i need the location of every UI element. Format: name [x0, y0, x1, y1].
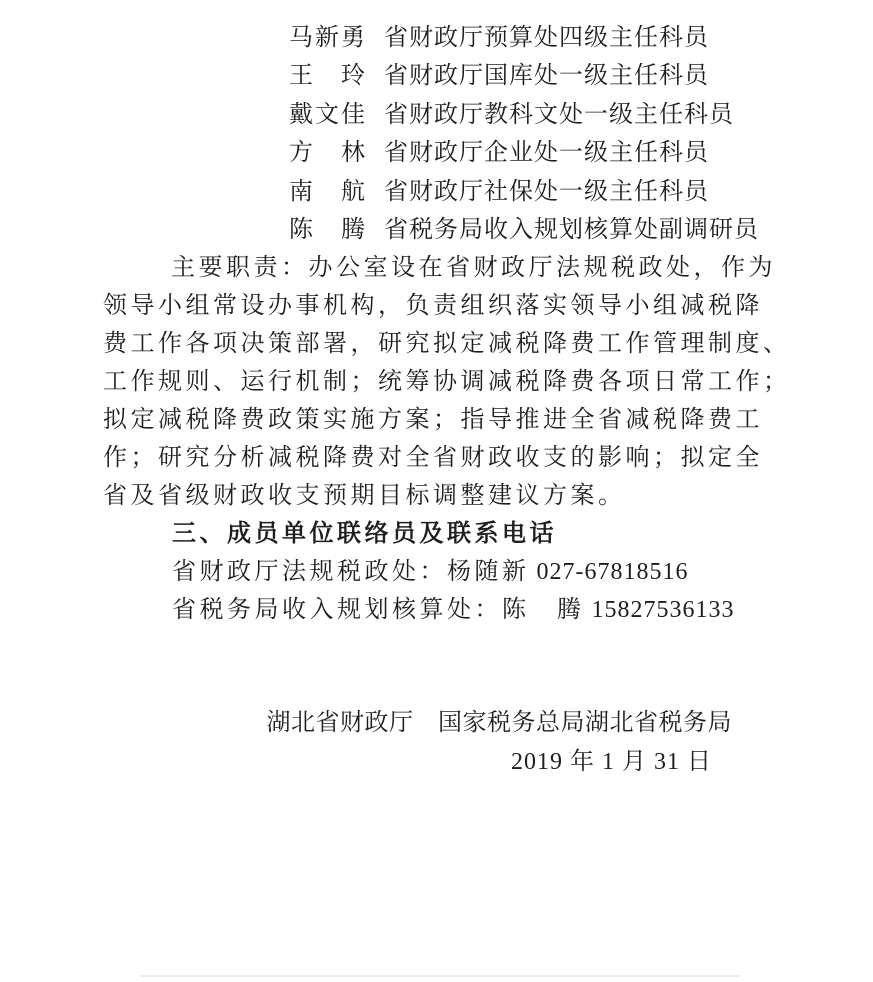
duties-line: 省及省级财政收支预期目标调整建议方案。 [103, 477, 793, 515]
contact-phone: 027-67818516 [537, 559, 689, 585]
roster-row: 戴文佳省财政厅教科文处一级主任科员 [289, 96, 759, 134]
roster-row: 陈 腾省税务局收入规划核算处副调研员 [289, 211, 759, 249]
roster-row: 方 林省财政厅企业处一级主任科员 [289, 134, 759, 172]
member-name: 方 林 [289, 134, 384, 172]
duties-line: 作；研究分析减税降费对全省财政收支的影响；拟定全 [103, 439, 793, 477]
member-title: 省财政厅预算处四级主任科员 [384, 25, 709, 51]
duties-line: 工作规则、运行机制；统筹协调减税降费各项日常工作； [103, 363, 793, 401]
section-heading-contacts: 三、成员单位联络员及联系电话 [172, 515, 735, 553]
duties-line: 主要职责：办公室设在省财政厅法规税政处，作为 [103, 249, 793, 287]
duties-line: 费工作各项决策部署，研究拟定减税降费工作管理制度、 [103, 325, 793, 363]
duties-line: 拟定减税降费政策实施方案；指导推进全省减税降费工 [103, 401, 793, 439]
contact-label: 省税务局收入规划核算处：陈 腾 [172, 597, 585, 623]
member-name: 王 玲 [289, 57, 384, 95]
member-name: 戴文佳 [289, 96, 384, 134]
roster-row: 马新勇省财政厅预算处四级主任科员 [289, 19, 759, 57]
contact-row: 省税务局收入规划核算处：陈 腾15827536133 [172, 591, 735, 629]
contact-phone: 15827536133 [592, 597, 735, 623]
duties-line: 领导小组常设办事机构，负责组织落实领导小组减税降 [103, 287, 793, 325]
main-duties-paragraph: 主要职责：办公室设在省财政厅法规税政处，作为 领导小组常设办事机构，负责组织落实… [103, 249, 793, 515]
member-name: 南 航 [289, 173, 384, 211]
document-page: 马新勇省财政厅预算处四级主任科员 王 玲省财政厅国库处一级主任科员 戴文佳省财政… [0, 0, 873, 982]
page-scan-artifact [140, 975, 740, 977]
leading-group-office-roster: 马新勇省财政厅预算处四级主任科员 王 玲省财政厅国库处一级主任科员 戴文佳省财政… [289, 19, 759, 249]
member-title: 省财政厅企业处一级主任科员 [384, 140, 709, 166]
contact-row: 省财政厅法规税政处：杨随新027-67818516 [172, 553, 735, 591]
member-name: 陈 腾 [289, 211, 384, 249]
member-name: 马新勇 [289, 19, 384, 57]
contacts-section: 三、成员单位联络员及联系电话 省财政厅法规税政处：杨随新027-67818516… [172, 515, 735, 629]
signature-block: 湖北省财政厅 国家税务总局湖北省税务局 2019 年 1 月 31 日 [267, 704, 733, 782]
roster-row: 南 航省财政厅社保处一级主任科员 [289, 173, 759, 211]
member-title: 省财政厅教科文处一级主任科员 [384, 102, 734, 128]
member-title: 省税务局收入规划核算处副调研员 [384, 217, 759, 243]
contact-label: 省财政厅法规税政处：杨随新 [172, 559, 530, 585]
issue-date: 2019 年 1 月 31 日 [267, 743, 733, 782]
roster-row: 王 玲省财政厅国库处一级主任科员 [289, 57, 759, 95]
member-title: 省财政厅社保处一级主任科员 [384, 179, 709, 205]
member-title: 省财政厅国库处一级主任科员 [384, 63, 709, 89]
issuing-authorities: 湖北省财政厅 国家税务总局湖北省税务局 [267, 704, 733, 743]
